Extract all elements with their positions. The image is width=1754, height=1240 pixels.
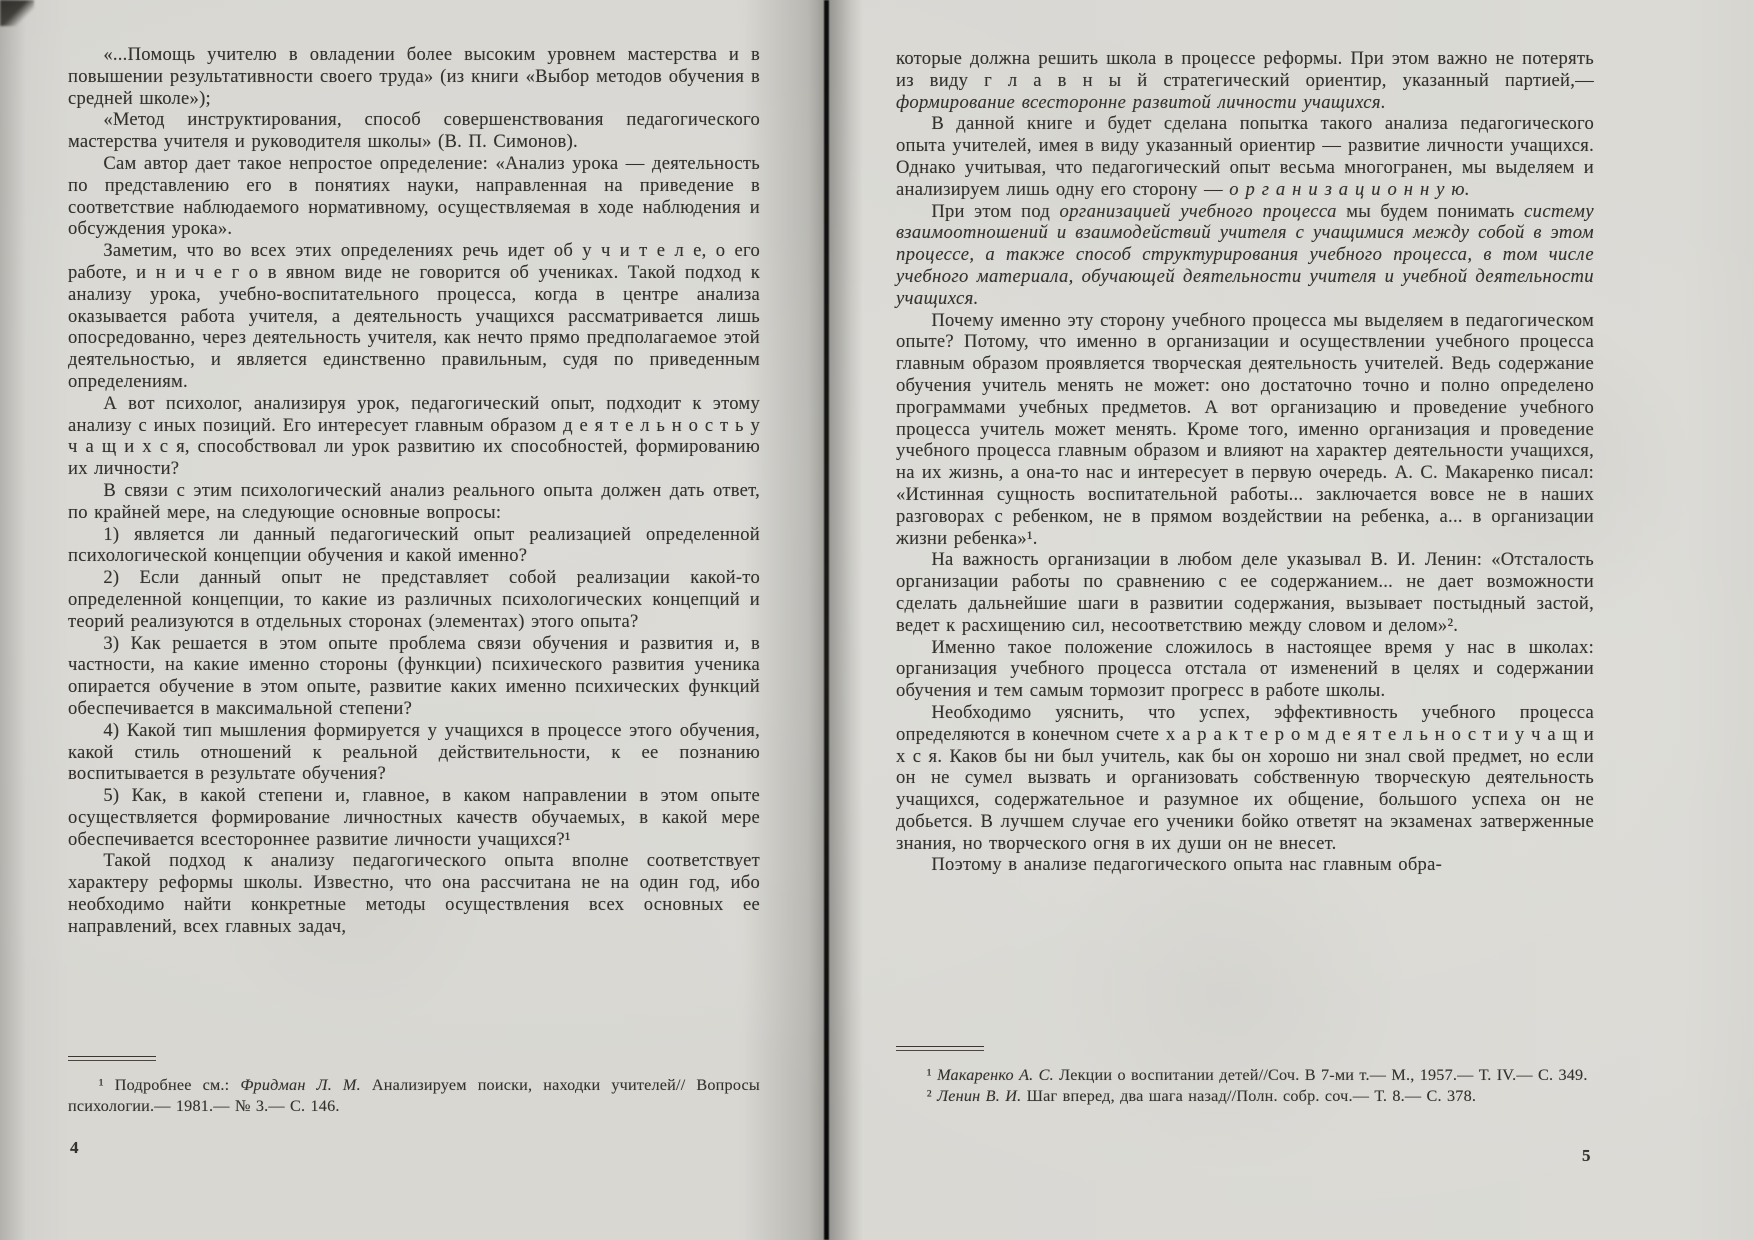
paragraph: Заметим, что во всех этих определениях р…	[68, 240, 760, 393]
right-page-body-text: которые должна решить школа в процессе р…	[896, 48, 1594, 876]
paragraph: Именно такое положение сложилось в насто…	[896, 637, 1594, 702]
footnote: ² Ленин В. И. Шаг вперед, два шага назад…	[896, 1086, 1594, 1107]
paragraph: В данной книге и будет сделана попытка т…	[896, 113, 1594, 200]
footnote: ¹ Подробнее см.: Фридман Л. М. Анализиру…	[68, 1075, 760, 1117]
paragraph: 5) Как, в какой степени и, главное, в ка…	[68, 785, 760, 850]
paragraph: Такой подход к анализу педагогического о…	[68, 850, 760, 937]
right-page-footnote-block: ¹ Макаренко А. С. Лекции о воспитании де…	[896, 1046, 1594, 1107]
book-scan-spread: «...Помощь учителю в овладении более выс…	[0, 0, 1754, 1240]
paragraph: «Метод инструктирования, способ совершен…	[68, 109, 760, 153]
right-page: которые должна решить школа в процессе р…	[829, 0, 1754, 1240]
paragraph: Необходимо уяснить, что успех, эффективн…	[896, 702, 1594, 855]
page-number-right: 5	[1582, 1146, 1591, 1166]
left-page-footnote-block: ¹ Подробнее см.: Фридман Л. М. Анализиру…	[68, 1056, 760, 1117]
paragraph: 4) Какой тип мышления формируется у учащ…	[68, 720, 760, 785]
paragraph: 3) Как решается в этом опыте проблема св…	[68, 633, 760, 720]
paragraph: А вот психолог, анализируя урок, педагог…	[68, 393, 760, 480]
left-page-footnotes: ¹ Подробнее см.: Фридман Л. М. Анализиру…	[68, 1075, 760, 1117]
left-page: «...Помощь учителю в овладении более выс…	[0, 0, 824, 1240]
right-page-footnotes: ¹ Макаренко А. С. Лекции о воспитании де…	[896, 1065, 1594, 1107]
paragraph: Почему именно эту сторону учебного проце…	[896, 310, 1594, 550]
page-number-left: 4	[70, 1138, 79, 1158]
footnote: ¹ Макаренко А. С. Лекции о воспитании де…	[896, 1065, 1594, 1086]
paragraph: которые должна решить школа в процессе р…	[896, 48, 1594, 113]
paragraph: Поэтому в анализе педагогического опыта …	[896, 854, 1594, 876]
left-page-body-text: «...Помощь учителю в овладении более выс…	[68, 44, 760, 938]
paragraph: Сам автор дает такое непростое определен…	[68, 153, 760, 240]
paragraph: В связи с этим психологический анализ ре…	[68, 480, 760, 524]
footnote-separator	[896, 1046, 984, 1051]
footnote-separator	[68, 1056, 156, 1061]
paragraph: 2) Если данный опыт не представляет собо…	[68, 567, 760, 632]
paragraph: На важность организации в любом деле ука…	[896, 549, 1594, 636]
paragraph: При этом под организацией учебного проце…	[896, 201, 1594, 310]
paragraph: 1) является ли данный педагогический опы…	[68, 524, 760, 568]
paragraph: «...Помощь учителю в овладении более выс…	[68, 44, 760, 109]
